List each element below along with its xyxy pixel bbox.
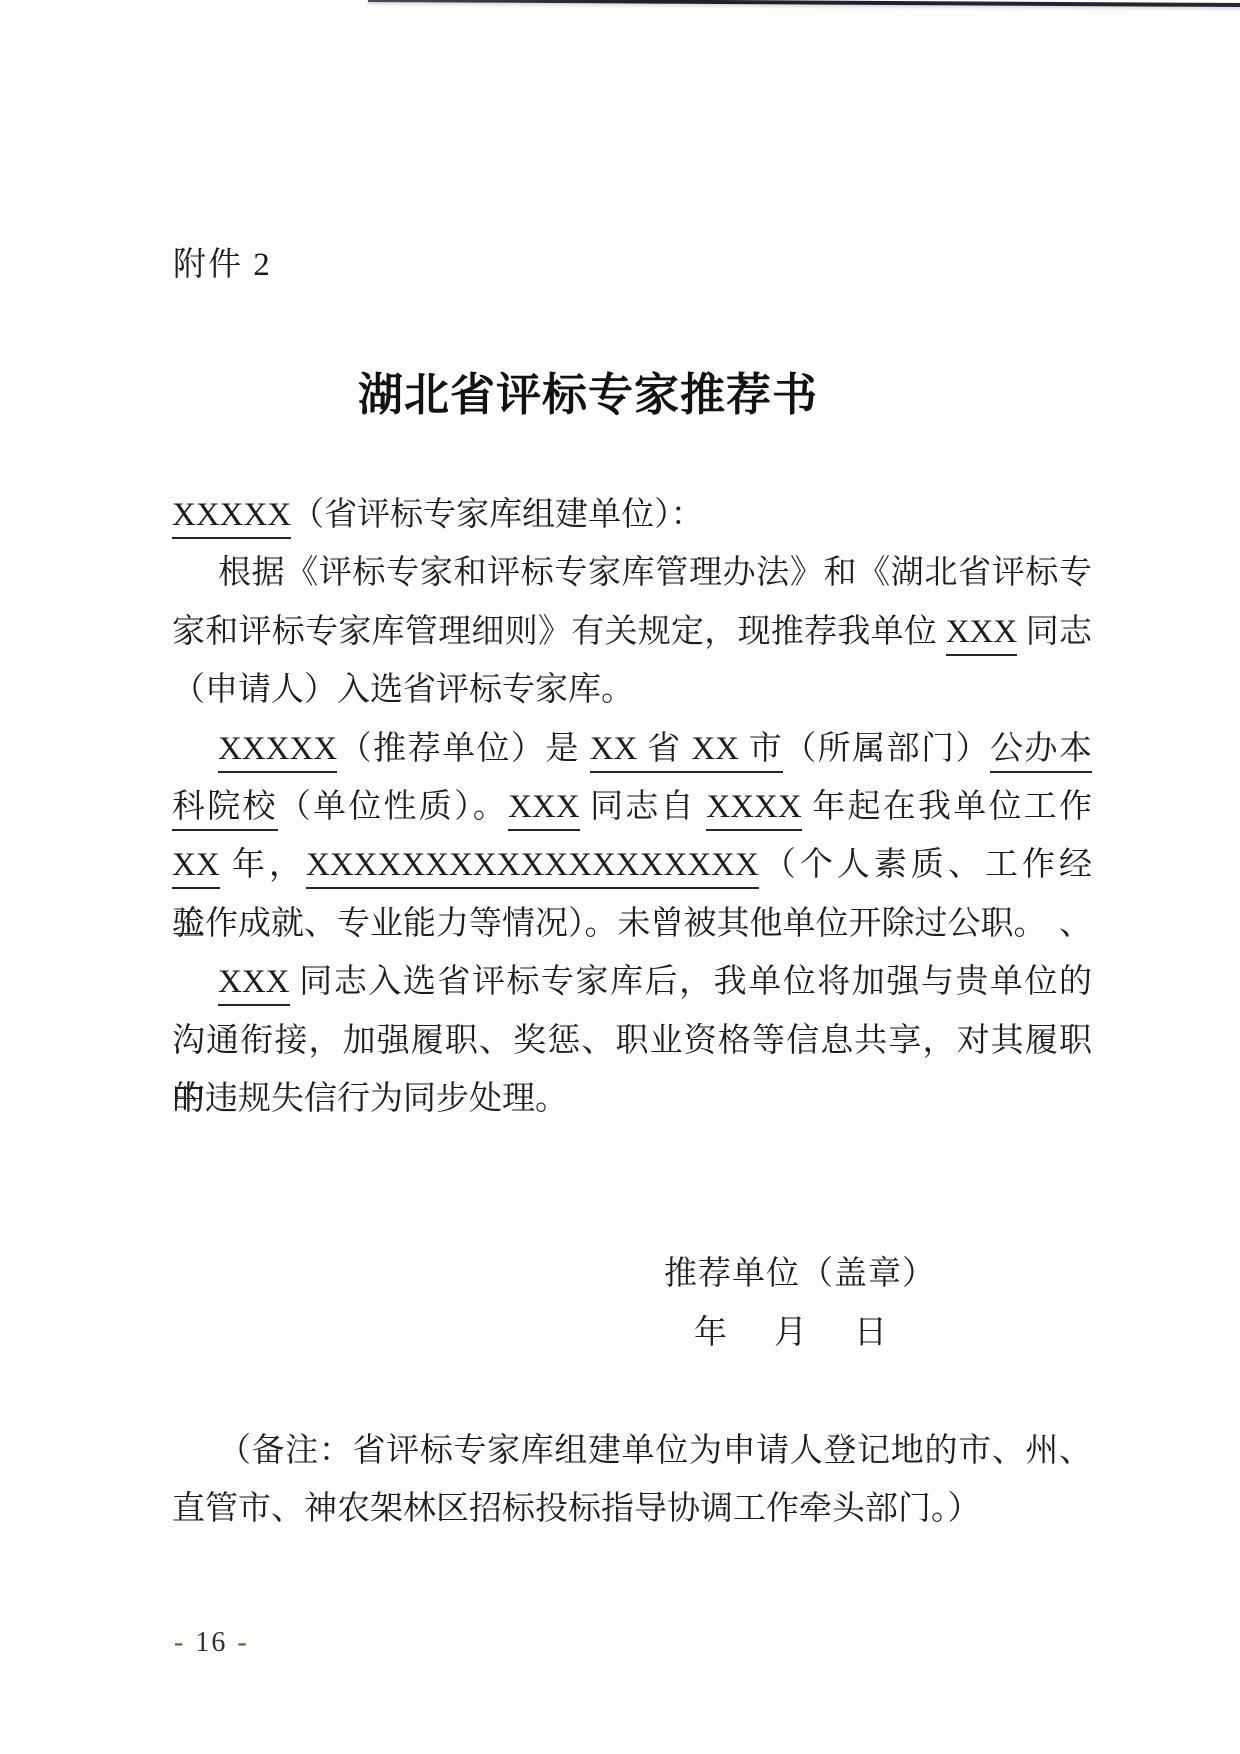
note-line: （备注：省评标专家库组建单位为申请人登记地的市、州、 xyxy=(172,1422,1092,1480)
text-segment: （所属部门） xyxy=(783,731,990,767)
text-segment: 的违规失信行为同步处理。 xyxy=(172,1081,568,1117)
document-body: XXXXX（省评标专家库组建单位）：根据《评标专家和评标专家库管理办法》和《湖北… xyxy=(172,486,1092,1128)
blank-underline: XXXX xyxy=(706,789,801,831)
body-line: XXXXX（推荐单位）是 XX 省 XX 市（所属部门）公办本 xyxy=(172,720,1092,778)
text-segment: （推荐单位）是 xyxy=(337,731,590,767)
blank-underline: XXXXX xyxy=(218,731,337,773)
body-line: 根据《评标专家和评标专家库管理办法》和《湖北省评标专 xyxy=(172,544,1092,602)
text-segment: 根据《评标专家和评标专家库管理办法》和《湖北省评标专 xyxy=(218,555,1092,591)
text-segment: 同志入选省评标专家库后，我单位将加强与贵单位的 xyxy=(290,964,1093,1000)
document-page: 附件 2 湖北省评标专家推荐书 XXXXX（省评标专家库组建单位）：根据《评标专… xyxy=(0,0,1240,1754)
blank-underline: XXXXX xyxy=(172,497,291,539)
date-day-label: 日 xyxy=(854,1315,887,1351)
scan-edge-artifact xyxy=(368,0,1240,7)
document-title: 湖北省评标专家推荐书 xyxy=(0,358,1176,423)
blank-underline: XX xyxy=(172,847,220,889)
text-segment: （申请人）入选省评标专家库。 xyxy=(172,672,634,708)
body-line: 科院校（单位性质）。XXX 同志自 XXXX 年起在我单位工作 xyxy=(172,778,1092,836)
body-line: 工作成就、专业能力等情况）。未曾被其他单位开除过公职。 xyxy=(172,895,1092,953)
text-segment: 直管市、神农架林区招标投标指导协调工作牵头部门。） xyxy=(172,1491,981,1527)
text-segment: 家和评标专家库管理细则》有关规定，现推荐我单位 xyxy=(172,614,946,650)
document-note: （备注：省评标专家库组建单位为申请人登记地的市、州、直管市、神农架林区招标投标指… xyxy=(172,1422,1092,1539)
text-segment: 年起在我单位工作 xyxy=(802,789,1092,825)
body-line: 的违规失信行为同步处理。 xyxy=(172,1070,1092,1128)
signature-unit-label: 推荐单位（盖章） xyxy=(664,1256,936,1292)
body-line: （申请人）入选省评标专家库。 xyxy=(172,661,1092,719)
signature-date-line: 年 月 日 xyxy=(694,1315,887,1351)
blank-underline: XX 省 XX 市 xyxy=(590,731,783,773)
body-line: XX 年，XXXXXXXXXXXXXXXXXXX（个人素质、工作经验、 xyxy=(172,836,1092,894)
body-line: XXXXX（省评标专家库组建单位）： xyxy=(172,486,1092,544)
date-month-label: 月 xyxy=(774,1315,807,1351)
body-line: 沟通衔接，加强履职、奖惩、职业资格等信息共享，对其履职中 xyxy=(172,1012,1092,1070)
text-segment: 年， xyxy=(220,847,306,883)
page-number-dash-left: - xyxy=(174,1627,185,1658)
text-segment: 工作成就、专业能力等情况）。未曾被其他单位开除过公职。 xyxy=(172,906,1047,942)
body-line: XXX 同志入选省评标专家库后，我单位将加强与贵单位的 xyxy=(172,953,1092,1011)
blank-underline: XXX xyxy=(946,614,1018,656)
text-segment: （备注：省评标专家库组建单位为申请人登记地的市、州、 xyxy=(218,1433,1092,1469)
body-line: 家和评标专家库管理细则》有关规定，现推荐我单位 XXX 同志 xyxy=(172,603,1092,661)
blank-underline: XXXXXXXXXXXXXXXXXXX xyxy=(306,847,759,889)
note-line: 直管市、神农架林区招标投标指导协调工作牵头部门。） xyxy=(172,1480,1092,1538)
page-number: -16- xyxy=(164,1626,259,1660)
attachment-label: 附件 2 xyxy=(173,246,272,286)
text-segment: 同志 xyxy=(1017,614,1092,650)
blank-underline: XXX xyxy=(508,789,580,831)
blank-underline: 科院校 xyxy=(172,789,278,831)
text-segment: （单位性质）。 xyxy=(278,789,508,825)
page-number-dash-right: - xyxy=(237,1627,248,1658)
date-year-label: 年 xyxy=(694,1315,727,1351)
blank-underline: 公办本 xyxy=(990,731,1092,773)
text-segment: （省评标专家库组建单位）： xyxy=(291,497,704,533)
blank-underline: XXX xyxy=(218,964,290,1006)
page-number-value: 16 xyxy=(195,1627,227,1658)
text-segment: 同志自 xyxy=(580,789,707,825)
